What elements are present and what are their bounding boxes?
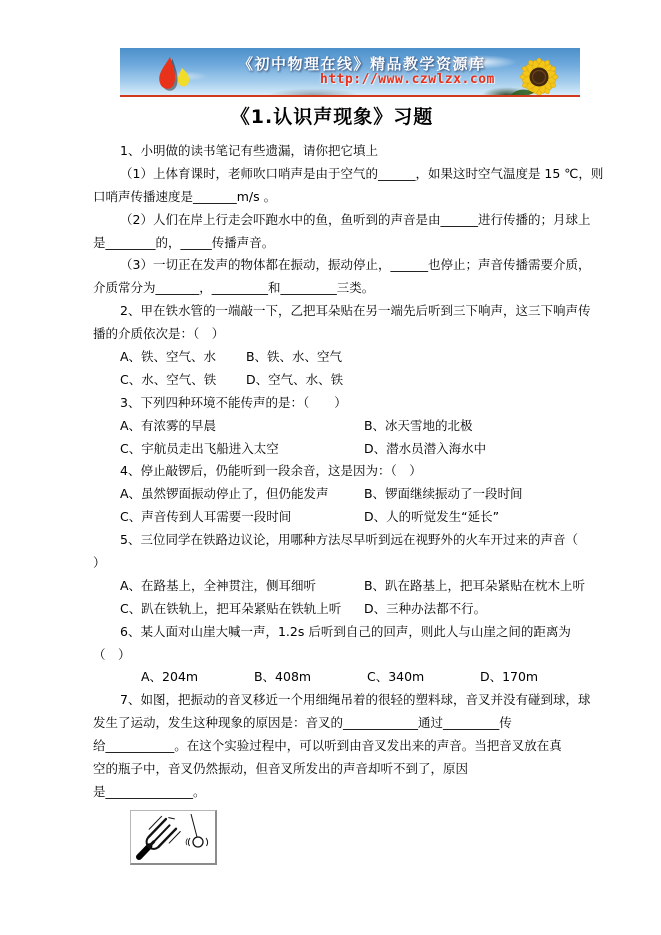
option-c: C、340m [367, 666, 476, 689]
question-1-intro: 1、小明做的读书笔记有些遗漏，请你把它填上 [93, 140, 571, 163]
question-2-line2: 播的介质依次是：（ ） [93, 323, 571, 346]
option-a: A、虽然锣面振动停止了，但仍能发声 [120, 483, 360, 506]
site-logo-icon [148, 54, 200, 97]
question-4-options-row1: A、虽然锣面振动停止了，但仍能发声 B、锣面继续振动了一段时间 [93, 483, 571, 506]
option-b: B、趴在路基上，把耳朵紧贴在枕木上听 [364, 578, 585, 593]
option-d: D、潜水员潜入海水中 [364, 441, 486, 456]
question-2-options-row2: C、水、空气、铁 D、空气、水、铁 [93, 369, 571, 392]
tuning-fork-and-ball-icon [131, 811, 215, 863]
option-a: A、在路基上，全神贯注，侧耳细听 [120, 575, 360, 598]
question-5-options-row2: C、趴在铁轨上，把耳朵紧贴在铁轨上听 D、三种办法都不行。 [93, 598, 571, 621]
question-5-options-row1: A、在路基上，全神贯注，侧耳细听 B、趴在路基上，把耳朵紧贴在枕木上听 [93, 575, 571, 598]
question-4-options-row2: C、声音传到人耳需要一段时间 D、人的听觉发生“延长” [93, 506, 571, 529]
site-banner: 《初中物理在线》精品教学资源库 http://www.czwlzx.com [120, 48, 580, 97]
option-c: C、宇航员走出飞船进入太空 [120, 438, 360, 461]
option-b: B、冰天雪地的北极 [364, 418, 473, 433]
question-5-line2: ） [93, 552, 571, 575]
option-b: B、铁、水、空气 [246, 349, 342, 364]
option-c: C、声音传到人耳需要一段时间 [120, 506, 360, 529]
option-a: A、有浓雾的早晨 [120, 415, 360, 438]
question-7-line4: 空的瓶子中，音叉仍然振动，但音叉所发出的声音却听不到了，原因 [93, 758, 571, 781]
option-d: D、170m [480, 666, 589, 689]
question-7-line3: 给___________。在这个实验过程中，可以听到由音叉发出来的声音。当把音叉… [93, 735, 571, 758]
option-c: C、趴在铁轨上，把耳朵紧贴在铁轨上听 [120, 598, 360, 621]
option-a: A、204m [141, 666, 250, 689]
site-title: 《初中物理在线》精品教学资源库 [238, 53, 486, 74]
worksheet-content: 《1.认识声现象》习题 1、小明做的读书笔记有些遗漏，请你把它填上 （1）上体育… [93, 104, 571, 865]
page-title: 《1.认识声现象》习题 [93, 104, 571, 130]
question-7-figure [130, 810, 217, 865]
question-7-line2: 发生了运动，发生这种现象的原因是：音叉的____________通过______… [93, 712, 571, 735]
option-b: B、锣面继续振动了一段时间 [364, 486, 523, 501]
question-2-line1: 2、甲在铁水管的一端敲一下，乙把耳朵贴在另一端先后听到三下响声，这三下响声传 [93, 300, 571, 323]
question-3-options-row2: C、宇航员走出飞船进入太空 D、潜水员潜入海水中 [93, 438, 571, 461]
option-d: D、空气、水、铁 [246, 372, 343, 387]
option-c: C、水、空气、铁 [120, 369, 242, 392]
question-6-line1: 6、某人面对山崖大喊一声，1.2s 后听到自己的回声，则此人与山崖之间的距离为 [93, 621, 571, 644]
option-d: D、三种办法都不行。 [364, 601, 486, 616]
question-3: 3、下列四种环境不能传声的是：（ ） [93, 392, 571, 415]
question-5-line1: 5、三位同学在铁路边议论，用哪种方法尽早听到远在视野外的火车开过来的声音（ [93, 529, 571, 552]
question-1-2-line1: （2）人们在岸上行走会吓跑水中的鱼，鱼听到的声音是由______进行传播的；月球… [93, 209, 571, 232]
question-7-line1: 7、如图，把振动的音叉移近一个用细绳吊着的很轻的塑料球，音叉并没有碰到球，球 [93, 689, 571, 712]
question-1-3-line1: （3）一切正在发声的物体都在振动，振动停止，______也停止；声音传播需要介质… [93, 254, 571, 277]
option-b: B、408m [254, 666, 363, 689]
question-1-3-line2: 介质常分为_______，_________和_________三类。 [93, 277, 571, 300]
question-4: 4、停止敲锣后，仍能听到一段余音，这是因为：（ ） [93, 460, 571, 483]
option-d: D、人的听觉发生“延长” [364, 509, 499, 524]
question-1-1-line2: 口哨声传播速度是_______m/s 。 [93, 186, 571, 209]
question-7-line5: 是______________。 [93, 781, 571, 804]
sunflower-icon [500, 49, 574, 97]
option-a: A、铁、空气、水 [120, 346, 242, 369]
question-3-options-row1: A、有浓雾的早晨 B、冰天雪地的北极 [93, 415, 571, 438]
question-6-line2: （ ） [93, 644, 571, 667]
question-6-options: A、204m B、408m C、340m D、170m [93, 666, 571, 689]
question-1-1-line1: （1）上体育课时，老师吹口哨声是由于空气的______，如果这时空气温度是 15… [93, 163, 571, 186]
question-1-2-line2: 是________的，_____传播声音。 [93, 232, 571, 255]
site-url: http://www.czwlzx.com [320, 72, 495, 87]
question-2-options-row1: A、铁、空气、水 B、铁、水、空气 [93, 346, 571, 369]
